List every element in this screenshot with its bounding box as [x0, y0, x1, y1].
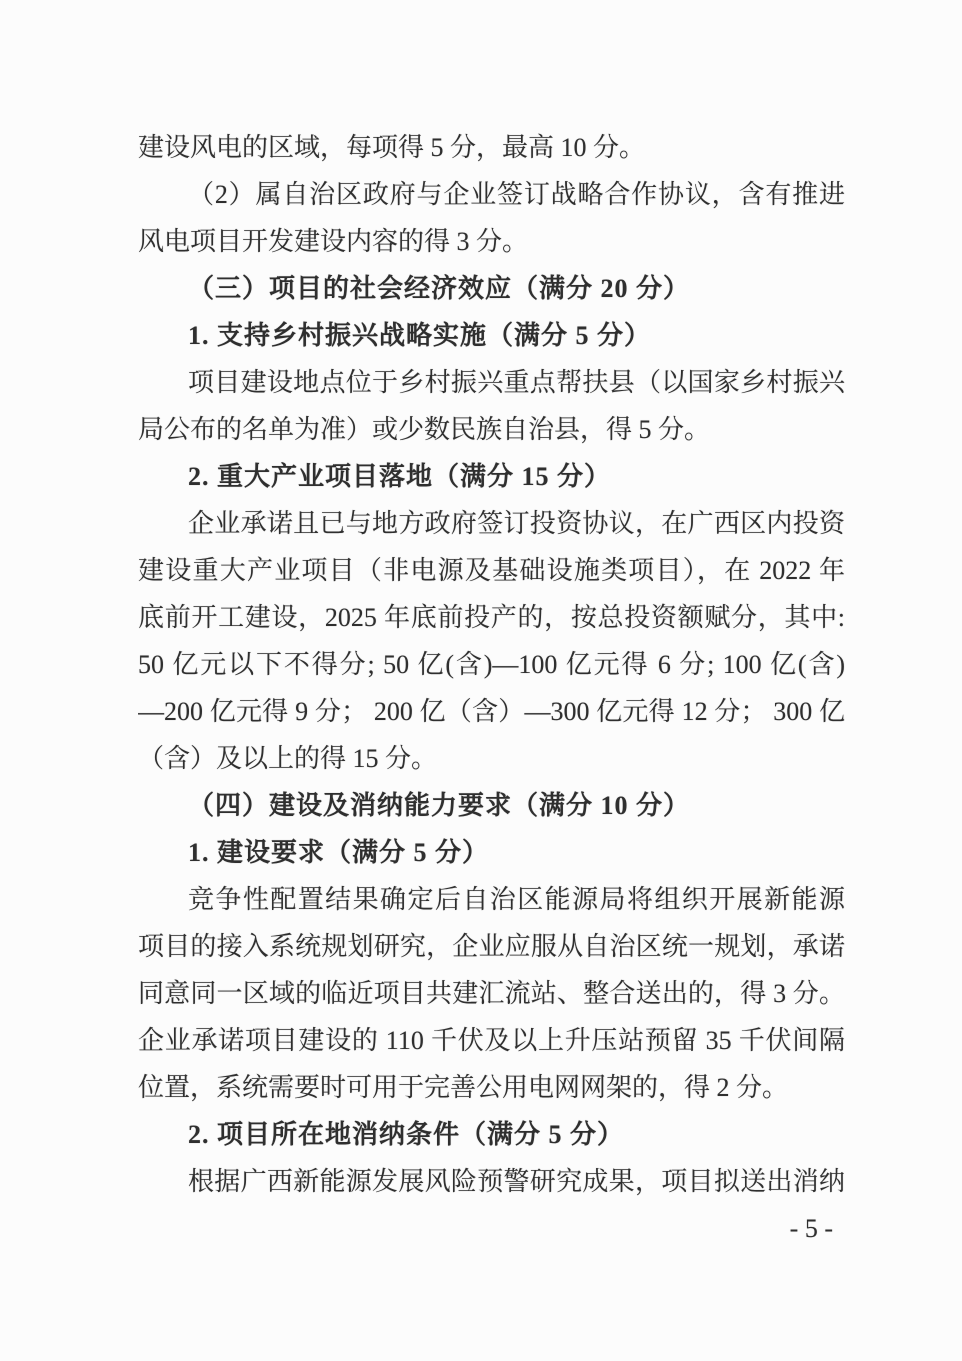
text-line: —200 亿元得 9 分； 200 亿（含）—300 亿元得 12 分； 300…: [138, 688, 845, 735]
text-line: 企业承诺项目建设的 110 千伏及以上升压站预留 35 千伏间隔: [138, 1017, 845, 1064]
text-line: 位置，系统需要时可用于完善公用电网网架的，得 2 分。: [138, 1064, 845, 1111]
text-line: 建设风电的区域，每项得 5 分，最高 10 分。: [138, 124, 845, 171]
heading-line: 1. 支持乡村振兴战略实施（满分 5 分）: [138, 312, 845, 359]
document-page: 建设风电的区域，每项得 5 分，最高 10 分。（2）属自治区政府与企业签订战略…: [0, 0, 962, 1361]
heading-line: 2. 重大产业项目落地（满分 15 分）: [138, 453, 845, 500]
text-line: 竞争性配置结果确定后自治区能源局将组织开展新能源: [138, 876, 845, 923]
text-line: 建设重大产业项目（非电源及基础设施类项目），在 2022 年: [138, 547, 845, 594]
heading-line: 1. 建设要求（满分 5 分）: [138, 829, 845, 876]
heading-line: 2. 项目所在地消纳条件（满分 5 分）: [138, 1111, 845, 1158]
heading-line: （三）项目的社会经济效应（满分 20 分）: [138, 265, 845, 312]
heading-line: （四）建设及消纳能力要求（满分 10 分）: [138, 782, 845, 829]
text-line: 局公布的名单为准）或少数民族自治县，得 5 分。: [138, 406, 845, 453]
text-line: （含）及以上的得 15 分。: [138, 735, 845, 782]
text-line: 50 亿元以下不得分; 50 亿(含)—100 亿元得 6 分; 100 亿(含…: [138, 641, 845, 688]
text-line: 根据广西新能源发展风险预警研究成果，项目拟送出消纳: [138, 1158, 845, 1205]
page-body-text: 建设风电的区域，每项得 5 分，最高 10 分。（2）属自治区政府与企业签订战略…: [138, 124, 845, 1205]
text-line: （2）属自治区政府与企业签订战略合作协议，含有推进: [138, 171, 845, 218]
text-line: 企业承诺且已与地方政府签订投资协议，在广西区内投资: [138, 500, 845, 547]
text-line: 项目建设地点位于乡村振兴重点帮扶县（以国家乡村振兴: [138, 359, 845, 406]
text-line: 风电项目开发建设内容的得 3 分。: [138, 218, 845, 265]
text-line: 项目的接入系统规划研究，企业应服从自治区统一规划，承诺: [138, 923, 845, 970]
page-number: - 5 -: [138, 1205, 833, 1252]
text-line: 底前开工建设，2025 年底前投产的，按总投资额赋分，其中:: [138, 594, 845, 641]
text-line: 同意同一区域的临近项目共建汇流站、整合送出的，得 3 分。: [138, 970, 845, 1017]
